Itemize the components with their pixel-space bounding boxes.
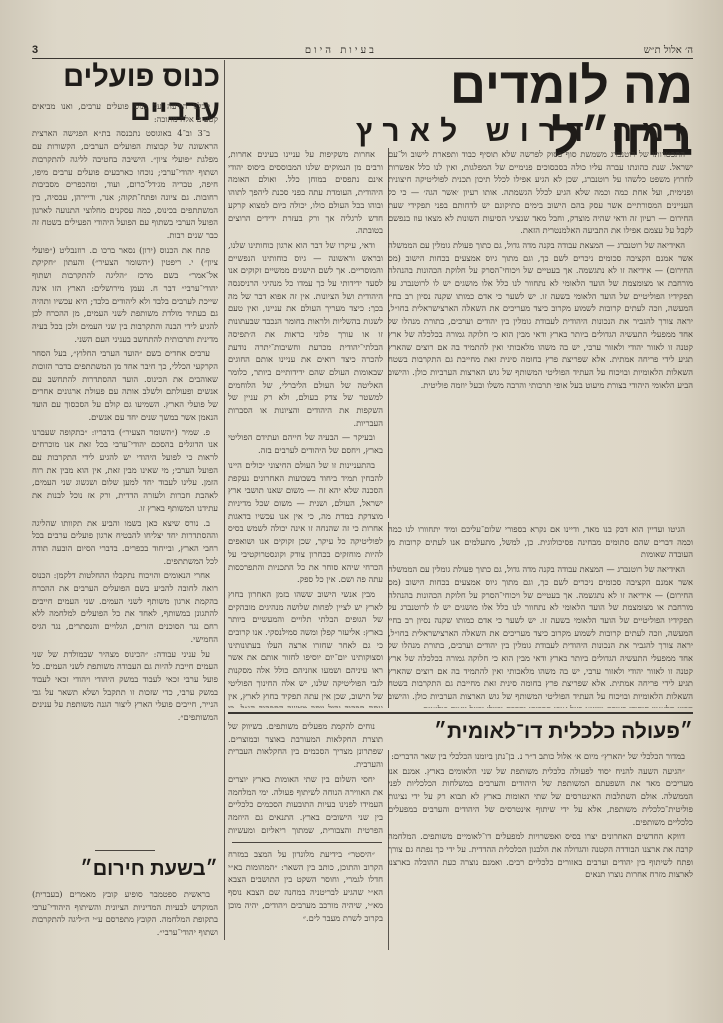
paragraph: התפטרותו של רוטנברג משמשת סוף־פסוק לפרשה… bbox=[388, 148, 693, 237]
paragraph: מבין אנשי הישוב ששהו בזמן האחרון בחוץ לא… bbox=[228, 588, 383, 708]
left-article-body: קבלנו הודעה על כנוס פועלים ערבים, ואנו מ… bbox=[32, 100, 218, 845]
main-article-column-right-cont: הגיטו ועדיין הוא דבק בנו מאד, ודיינו אם … bbox=[388, 523, 693, 708]
paragraph: ודאי, עיקרו של דבר הוא ארגון כוחותינו של… bbox=[228, 239, 383, 430]
newspaper-page: ה׳ אלול ת״ש בעיות היום 3 מה לומדים בחו״ל… bbox=[0, 0, 723, 1023]
paragraph: קבלנו הודעה על כנוס פועלים ערבים, ואנו מ… bbox=[32, 100, 218, 125]
column-divider bbox=[224, 60, 225, 940]
paragraph: ערבים אחדים בשם ״הועד הערבי החלוץ״, בעל … bbox=[32, 347, 218, 423]
paragraph: פ. שמיר (״השומר הצעיר״) בדבריו: ״בתקופה … bbox=[32, 426, 218, 515]
paper-name: בעיות היום bbox=[305, 45, 377, 56]
intl-article-body: במדור הכלכלי של ״הארץ״ מיום א׳ אלול כותב… bbox=[388, 750, 693, 950]
section-divider bbox=[228, 712, 693, 714]
main-subheadline: ומה דרוש לארץ bbox=[178, 115, 693, 149]
paragraph: ב־3 וב־4 באוגוסט נתכנסה בת״א הפגישה הארצ… bbox=[32, 127, 218, 241]
main-article-column-middle: אחרות משקיפות על עניינו בעינים אחרות, ור… bbox=[228, 148, 383, 708]
paragraph: דווקא החדשים האחרונים יצרו בסיס ואפשרויו… bbox=[388, 830, 693, 881]
issue-date: ה׳ אלול ת״ש bbox=[644, 45, 693, 56]
paragraph: ב. נורס שיצא כאן בשמו והביע את תקוותו שה… bbox=[32, 517, 218, 568]
crisis-article-body: בראשית ספטמבר סופיע קובץ מאמרים (בעברית)… bbox=[32, 888, 218, 948]
crisis-article-headline: ״בשעת חירום״ bbox=[32, 858, 218, 881]
paragraph: ״היסטר״ בידיעת מלונדון על המצב במזרח הקר… bbox=[228, 848, 383, 924]
paragraph: האידיאה של רוטנברג — המצאת עבודה בקנה מד… bbox=[388, 563, 693, 708]
main-article-column-right: התפטרותו של רוטנברג משמשת סוף־פסוק לפרשה… bbox=[388, 148, 693, 523]
paragraph: פתח את הכנוס (ירון) נסאר ברכו ם. רוזנבלי… bbox=[32, 244, 218, 346]
paragraph: בהתעניינות זו של העולם החיצוני יכולים הי… bbox=[228, 459, 383, 586]
paragraph: ״הגיעה השעה להניח יסוד לפעולה כלכלית משו… bbox=[388, 765, 693, 829]
intl-article-headline: ״פעולה כלכלית דו־לאומית״ bbox=[388, 720, 693, 744]
paragraph: ובעיקר — הבעיה של חייהם ועתידם הפוליטי ב… bbox=[228, 431, 383, 456]
paragraph: יחסי השלום בין שתי האומות בארץ יוצרים את… bbox=[228, 773, 383, 838]
article-intro: במדור הכלכלי של ״הארץ״ מיום א׳ אלול כותב… bbox=[388, 750, 693, 763]
paragraph: בראשית ספטמבר סופיע קובץ מאמרים (בעברית)… bbox=[32, 888, 218, 939]
paragraph: האידיאה של רוטנברג — המצאת עבודה בקנה מד… bbox=[388, 239, 693, 391]
section-divider bbox=[232, 842, 382, 843]
running-head: ה׳ אלול ת״ש בעיות היום 3 bbox=[32, 40, 693, 59]
paragraph: אחרי הנאומים והויכוח נתקבלו ההחלטות דלקמ… bbox=[32, 569, 218, 645]
paragraph: הגיטו ועדיין הוא דבק בנו מאד, ודיינו אם … bbox=[388, 523, 693, 561]
paragraph: נוחים להקמת מפעלים משותפים. בשיווק של תו… bbox=[228, 720, 383, 771]
paragraph: אחרות משקיפות על עניינו בעינים אחרות, ור… bbox=[228, 148, 383, 237]
page-number: 3 bbox=[32, 44, 38, 56]
section-divider bbox=[95, 850, 155, 851]
intl-article-column-left: נוחים להקמת מפעלים משותפים. בשיווק של תו… bbox=[228, 720, 383, 838]
brief-item: ״היסטר״ בידיעת מלונדון על המצב במזרח הקר… bbox=[228, 848, 383, 946]
paragraph: על עניני עבודה: ״הכינוס מצהיר שבמולדת של… bbox=[32, 648, 218, 724]
